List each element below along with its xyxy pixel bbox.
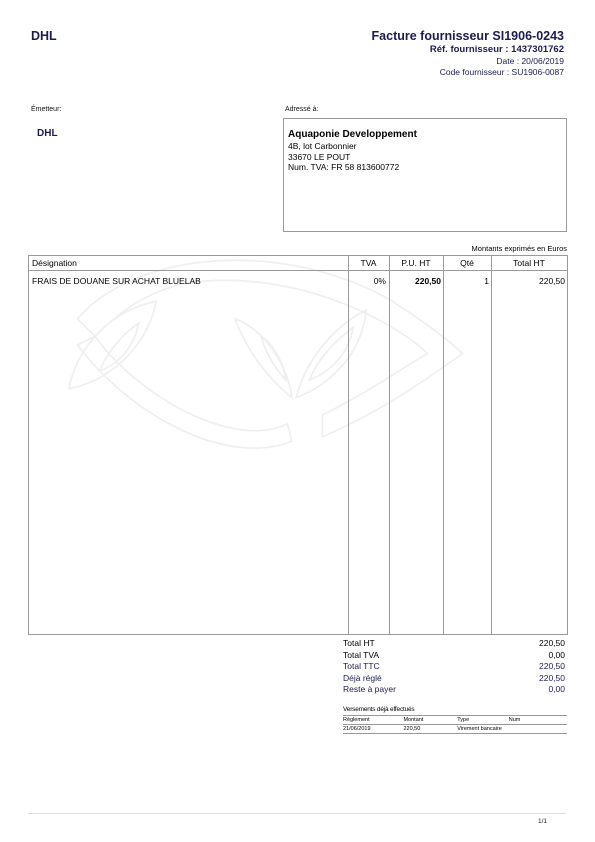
recipient-address-box: Aquaponie Developpement 4B, lot Carbonni… xyxy=(283,118,567,232)
total-label: Total TVA xyxy=(343,650,379,662)
line-vat: 0% xyxy=(348,276,386,286)
payments-header: Num xyxy=(509,716,567,725)
total-label: Reste à payer xyxy=(343,684,396,696)
currency-note: Montants exprimés en Euros xyxy=(472,244,567,253)
total-ht-row: Total HT 220,50 xyxy=(343,638,565,650)
column-divider xyxy=(491,256,492,634)
total-value: 0,00 xyxy=(548,684,565,696)
total-vat-row: Total TVA 0,00 xyxy=(343,650,565,662)
total-value: 220,50 xyxy=(539,638,565,650)
line-total: 220,50 xyxy=(491,276,565,286)
header-rule xyxy=(29,270,567,271)
column-header-designation: Désignation xyxy=(32,258,77,268)
column-divider xyxy=(443,256,444,634)
remaining-row: Reste à payer 0,00 xyxy=(343,684,565,696)
total-value: 0,00 xyxy=(548,650,565,662)
payment-number xyxy=(509,725,567,734)
total-value: 220,50 xyxy=(539,673,565,685)
column-divider xyxy=(348,256,349,634)
footer-divider xyxy=(28,813,566,814)
payments-header: Règlement xyxy=(343,716,403,725)
emitter-label: Émetteur: xyxy=(31,106,61,113)
recipient-company: Aquaponie Developpement xyxy=(288,129,562,141)
already-paid-row: Déjà réglé 220,50 xyxy=(343,673,565,685)
column-header-total: Total HT xyxy=(491,258,567,268)
line-quantity: 1 xyxy=(443,276,489,286)
payment-amount: 220,50 xyxy=(403,725,457,734)
document-header: Facture fournisseur SI1906-0243 Réf. fou… xyxy=(372,29,564,78)
document-title: Facture fournisseur SI1906-0243 xyxy=(372,29,564,43)
invoice-date: Date : 20/06/2019 xyxy=(372,56,564,67)
emitter-name: DHL xyxy=(37,128,58,139)
payment-date: 21/06/2019 xyxy=(343,725,403,734)
total-label: Total HT xyxy=(343,638,375,650)
totals-block: Total HT 220,50 Total TVA 0,00 Total TTC… xyxy=(343,638,565,696)
payments-header: Montant xyxy=(403,716,457,725)
payments-block: Versements déjà effectués Règlement Mont… xyxy=(343,706,567,734)
column-header-unit-price: P.U. HT xyxy=(389,258,443,268)
payment-type: Virement bancaire xyxy=(457,725,509,734)
sender-name: DHL xyxy=(31,29,57,43)
total-label: Total TTC xyxy=(343,661,380,673)
invoice-lines-table: Désignation TVA P.U. HT Qté Total HT FRA… xyxy=(28,255,568,635)
payments-title: Versements déjà effectués xyxy=(343,706,567,713)
recipient-address-line: 4B, lot Carbonnier xyxy=(288,141,562,152)
column-divider xyxy=(389,256,390,634)
total-ttc-row: Total TTC 220,50 xyxy=(343,661,565,673)
supplier-code: Code fournisseur : SU1906-0087 xyxy=(372,67,564,78)
column-header-vat: TVA xyxy=(348,258,389,268)
payments-header: Type xyxy=(457,716,509,725)
recipient-vat-number: Num. TVA: FR 58 813600772 xyxy=(288,162,562,173)
total-label: Déjà réglé xyxy=(343,673,382,685)
recipient-label: Adressé à: xyxy=(285,106,318,113)
total-value: 220,50 xyxy=(539,661,565,673)
column-header-quantity: Qté xyxy=(443,258,491,268)
line-unit-price: 220,50 xyxy=(389,276,441,286)
page-number: 1/1 xyxy=(538,818,547,825)
payments-table: Règlement Montant Type Num 21/06/2019 22… xyxy=(343,715,567,734)
recipient-address-line: 33670 LE POUT xyxy=(288,152,562,163)
payment-row: 21/06/2019 220,50 Virement bancaire xyxy=(343,725,567,734)
supplier-reference: Réf. fournisseur : 1437301762 xyxy=(372,43,564,56)
line-designation: FRAIS DE DOUANE SUR ACHAT BLUELAB xyxy=(32,276,201,286)
